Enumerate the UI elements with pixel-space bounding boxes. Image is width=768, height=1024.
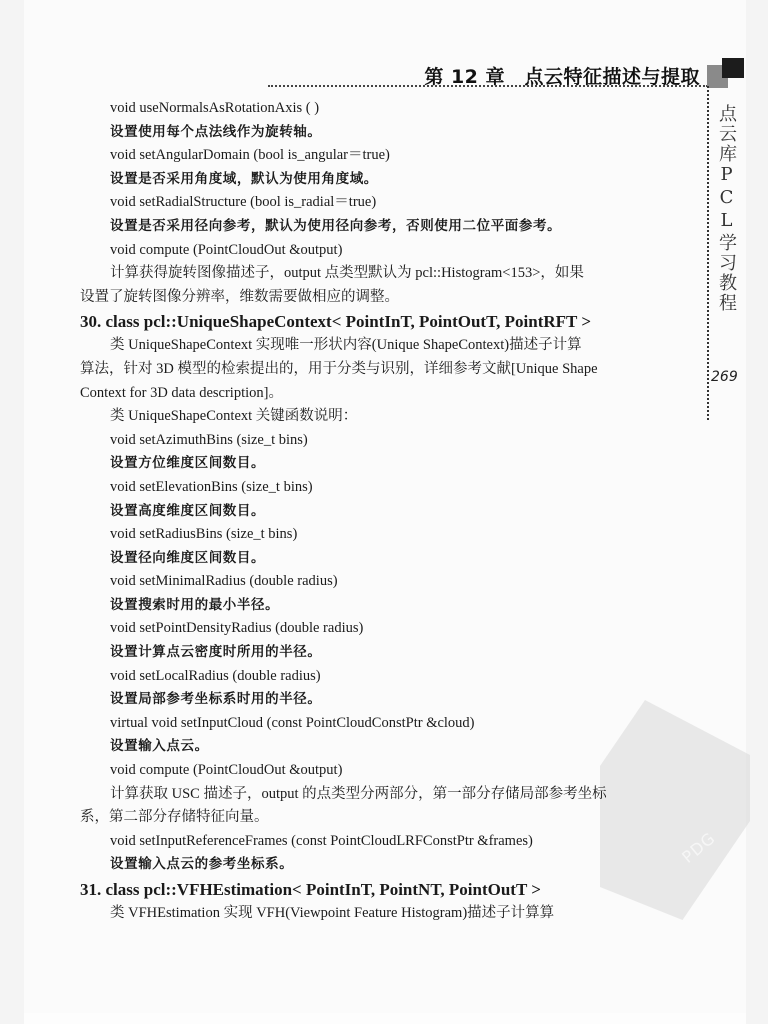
- paragraph-line: 设置输入点云。: [80, 735, 692, 759]
- paragraph-line: 设置方位维度区间数目。: [80, 452, 692, 476]
- page-body: void useNormalsAsRotationAxis ( )设置使用每个点…: [80, 97, 692, 926]
- page-number: 269: [711, 369, 738, 385]
- paragraph-line: 类 VFHEstimation 实现 VFH(Viewpoint Feature…: [80, 902, 692, 926]
- paragraph-line: 类 UniqueShapeContext 实现唯一形状内容(Unique Sha…: [80, 334, 692, 358]
- paragraph-line: 算法，针对 3D 模型的检索提出的，用于分类与识别，详细参考文献[Unique …: [80, 358, 692, 382]
- paragraph-line: 设置使用每个点法线作为旋转轴。: [80, 121, 692, 145]
- function-signature: void useNormalsAsRotationAxis ( ): [80, 97, 692, 121]
- function-signature: virtual void setInputCloud (const PointC…: [80, 712, 692, 736]
- function-signature: void setAngularDomain (bool is_angular＝t…: [80, 144, 692, 168]
- paragraph-line: 设置了旋转图像分辨率，维数需要做相应的调整。: [80, 286, 692, 310]
- corner-square-dark-decoration: [722, 58, 744, 78]
- function-signature: void setRadialStructure (bool is_radial＝…: [80, 191, 692, 215]
- paragraph-line: 计算获得旋转图像描述子，output 点类型默认为 pcl::Histogram…: [80, 262, 692, 286]
- function-signature: void setRadiusBins (size_t bins): [80, 523, 692, 547]
- header-rule: [268, 85, 708, 87]
- paragraph-line: Context for 3D data description]。: [80, 382, 692, 406]
- paragraph-line: 计算获取 USC 描述子，output 的点类型分两部分，第一部分存储局部参考坐…: [80, 783, 692, 807]
- page-bottom-edge: [24, 1013, 746, 1024]
- paragraph-line: 设置是否采用径向参考，默认为使用径向参考，否则使用二位平面参考。: [80, 215, 692, 239]
- paragraph-line: 设置高度维度区间数目。: [80, 500, 692, 524]
- section-heading: 30. class pcl::UniqueShapeContext< Point…: [80, 309, 692, 334]
- paragraph-line: 设置径向维度区间数目。: [80, 547, 692, 571]
- paragraph-line: 系，第二部分存储特征向量。: [80, 806, 692, 830]
- paragraph-line: 设置搜索时用的最小半径。: [80, 594, 692, 618]
- function-signature: void setInputReferenceFrames (const Poin…: [80, 830, 692, 854]
- paragraph-line: 类 UniqueShapeContext 关键函数说明：: [80, 405, 692, 429]
- function-signature: void setPointDensityRadius (double radiu…: [80, 617, 692, 641]
- function-signature: void setAzimuthBins (size_t bins): [80, 429, 692, 453]
- paragraph-line: 设置计算点云密度时所用的半径。: [80, 641, 692, 665]
- paragraph-line: 设置输入点云的参考坐标系。: [80, 853, 692, 877]
- paragraph-line: 设置局部参考坐标系时用的半径。: [80, 688, 692, 712]
- function-signature: void compute (PointCloudOut &output): [80, 239, 692, 263]
- function-signature: void setElevationBins (size_t bins): [80, 476, 692, 500]
- function-signature: void compute (PointCloudOut &output): [80, 759, 692, 783]
- side-book-title: 点云库PCL学习教程: [714, 104, 738, 313]
- side-margin-rule: [707, 86, 709, 420]
- function-signature: void setMinimalRadius (double radius): [80, 570, 692, 594]
- paragraph-line: 设置是否采用角度域，默认为使用角度域。: [80, 168, 692, 192]
- function-signature: void setLocalRadius (double radius): [80, 665, 692, 689]
- section-heading: 31. class pcl::VFHEstimation< PointInT, …: [80, 877, 692, 902]
